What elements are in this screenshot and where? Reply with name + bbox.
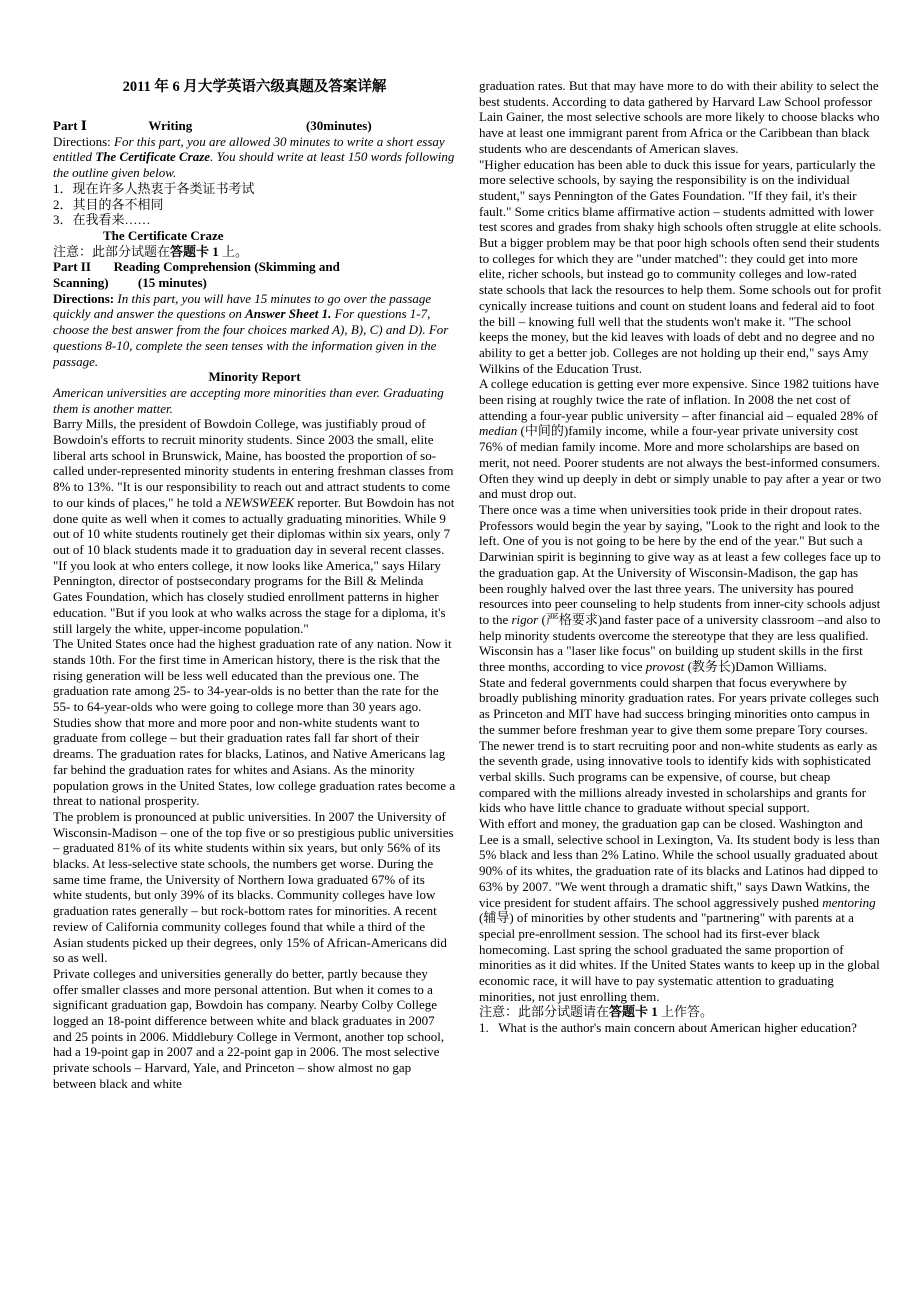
passage-para-4: The problem is pronounced at public univ… — [53, 809, 456, 966]
text-span: mentoring — [822, 895, 875, 910]
text-span: 答题卡 1 — [609, 1004, 658, 1019]
text-span: "Higher education has been able to duck … — [479, 157, 885, 376]
question-1: 1. What is the author's main concern abo… — [479, 1020, 882, 1036]
text-span: Part II Reading Comprehension (Skimming … — [53, 259, 340, 274]
text-span: American universities are accepting more… — [53, 385, 447, 416]
text-span: The United States once had the highest g… — [53, 636, 458, 808]
text-span: 上作答。 — [658, 1004, 713, 1019]
column-right: graduation rates. But that may have more… — [479, 78, 882, 1282]
text-span: (中间的)family income, while a four-year pr… — [479, 423, 884, 501]
passage-para-11: With effort and money, the graduation ga… — [479, 816, 882, 1004]
text-span: 注意：此部分试题在 — [53, 244, 170, 259]
part2-heading-line1: Part II Reading Comprehension (Skimming … — [53, 259, 456, 275]
text-span: provost — [646, 659, 685, 674]
text-span: median — [479, 423, 517, 438]
text-span: Part Ⅰ Writing (30minutes) — [53, 118, 372, 133]
text-span: The Certificate Craze — [103, 228, 224, 243]
part1-directions: Directions: For this part, you are allow… — [53, 134, 456, 181]
text-span: Scanning) (15 minutes) — [53, 275, 207, 290]
passage-para-8: A college education is getting ever more… — [479, 376, 882, 502]
text-span: 上。 — [219, 244, 248, 259]
passage-para-3: The United States once had the highest g… — [53, 636, 456, 809]
text-span: The Certificate Craze — [95, 149, 210, 164]
outline-item-2: 2．其目的各不相同 — [53, 197, 456, 213]
essay-title: The Certificate Craze — [53, 228, 456, 244]
text-span: Minority Report — [208, 369, 300, 384]
note-answer-sheet-2: 注意：此部分试题请在答题卡 1 上作答。 — [479, 1004, 882, 1020]
passage-para-10: State and federal governments could shar… — [479, 675, 882, 816]
text-span: Directions: — [53, 291, 117, 306]
outline-item-3: 3．在我看来…… — [53, 212, 456, 228]
text-span: Directions: — [53, 134, 114, 149]
passage-para-5: Private colleges and universities genera… — [53, 966, 456, 1092]
note-answer-sheet-1: 注意：此部分试题在答题卡 1 上。 — [53, 244, 456, 260]
text-span: Private colleges and universities genera… — [53, 966, 447, 1091]
text-span: (教务长)Damon Williams. — [684, 659, 827, 674]
text-span: 2．其目的各不相同 — [53, 197, 164, 212]
text-span: The problem is pronounced at public univ… — [53, 809, 457, 965]
text-span: (辅导) of minorities by other students and… — [479, 895, 883, 1004]
passage-para-2: "If you look at who enters college, it n… — [53, 558, 456, 637]
passage-para-7: "Higher education has been able to duck … — [479, 157, 882, 377]
text-span: Answer Sheet 1. — [245, 306, 331, 321]
text-span: 1．现在许多人热衷于各类证书考试 — [53, 181, 255, 196]
text-span: A college education is getting ever more… — [479, 376, 882, 422]
text-span: State and federal governments could shar… — [479, 675, 882, 816]
text-span: rigor — [512, 612, 539, 627]
passage-para-9: There once was a time when universities … — [479, 502, 882, 675]
text-span: 答题卡 1 — [170, 244, 219, 259]
exam-document-page: 2011 年 6 月大学英语六级真题及答案详解Part Ⅰ Writing (3… — [0, 0, 920, 1302]
text-span: 2011 年 6 月大学英语六级真题及答案详解 — [123, 79, 387, 95]
text-span: graduation rates. But that may have more… — [479, 78, 883, 156]
text-span: 注意：此部分试题请在 — [479, 1004, 609, 1019]
text-span: 1. What is the author's main concern abo… — [479, 1020, 857, 1035]
outline-item-1: 1．现在许多人热衷于各类证书考试 — [53, 181, 456, 197]
part2-heading-line2: Scanning) (15 minutes) — [53, 275, 456, 291]
part1-heading: Part Ⅰ Writing (30minutes) — [53, 118, 456, 134]
passage-intro: American universities are accepting more… — [53, 385, 456, 416]
text-span: NEWSWEEK — [225, 495, 294, 510]
passage-para-1: Barry Mills, the president of Bowdoin Co… — [53, 416, 456, 557]
text-span: There once was a time when universities … — [479, 502, 884, 627]
passage-title: Minority Report — [53, 369, 456, 385]
passage-para-6: graduation rates. But that may have more… — [479, 78, 882, 157]
column-left: 2011 年 6 月大学英语六级真题及答案详解Part Ⅰ Writing (3… — [53, 78, 456, 1282]
text-span: 3．在我看来…… — [53, 212, 151, 227]
text-span: "If you look at who enters college, it n… — [53, 558, 449, 636]
part2-directions: Directions: In this part, you will have … — [53, 291, 456, 370]
doc-title: 2011 年 6 月大学英语六级真题及答案详解 — [53, 78, 456, 96]
